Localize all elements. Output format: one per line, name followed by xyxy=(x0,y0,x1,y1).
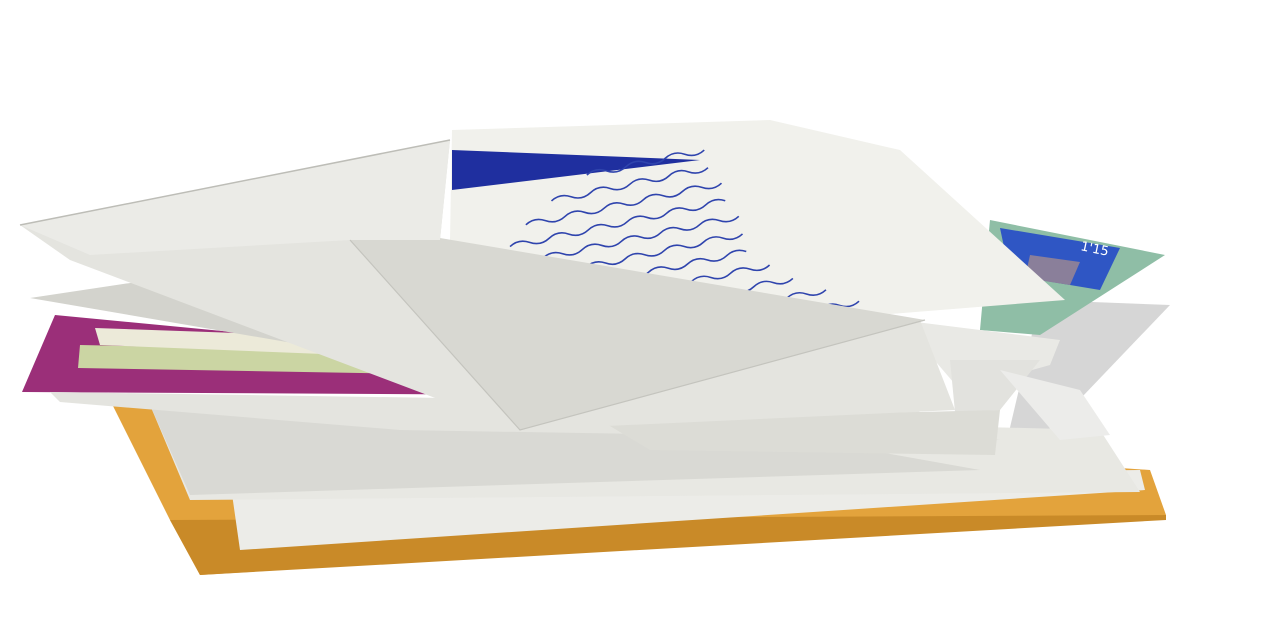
top-envelope-flap-highlight xyxy=(20,140,450,255)
letters-photo: 1'15 xyxy=(0,0,1280,640)
letters-stack-illustration: 1'15 xyxy=(0,0,1280,640)
